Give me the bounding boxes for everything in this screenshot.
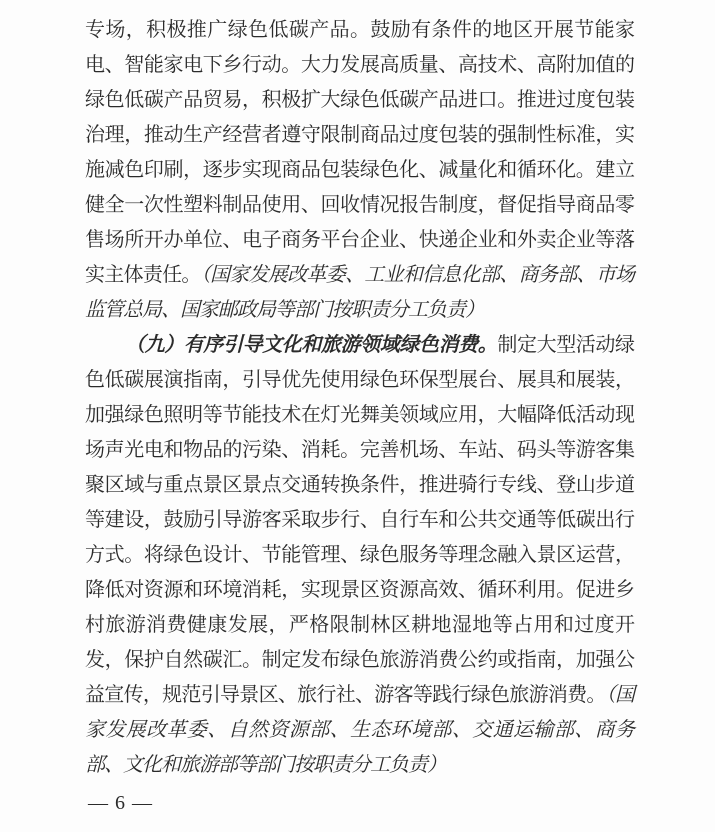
page-number: — 6 — bbox=[88, 786, 153, 821]
paragraph-culture-tourism: （九）有序引导文化和旅游领域绿色消费。制定大型活动绿色低碳展演指南，引导优先使用… bbox=[85, 328, 634, 783]
paragraph-packaging-governance: 专场，积极推广绿色低碳产品。鼓励有条件的地区开展节能家电、智能家电下乡行动。大力… bbox=[85, 13, 634, 328]
document-page: 专场，积极推广绿色低碳产品。鼓励有条件的地区开展节能家电、智能家电下乡行动。大力… bbox=[0, 0, 715, 832]
paragraph-body-text: 专场，积极推广绿色低碳产品。鼓励有条件的地区开展节能家电、智能家电下乡行动。大力… bbox=[85, 19, 634, 286]
document-body: 专场，积极推广绿色低碳产品。鼓励有条件的地区开展节能家电、智能家电下乡行动。大力… bbox=[85, 13, 634, 783]
section-heading: （九）有序引导文化和旅游领域绿色消费。 bbox=[125, 334, 497, 356]
paragraph-body-text: 制定大型活动绿色低碳展演指南，引导优先使用绿色环保型展台、展具和展装，加强绿色照… bbox=[85, 334, 634, 706]
